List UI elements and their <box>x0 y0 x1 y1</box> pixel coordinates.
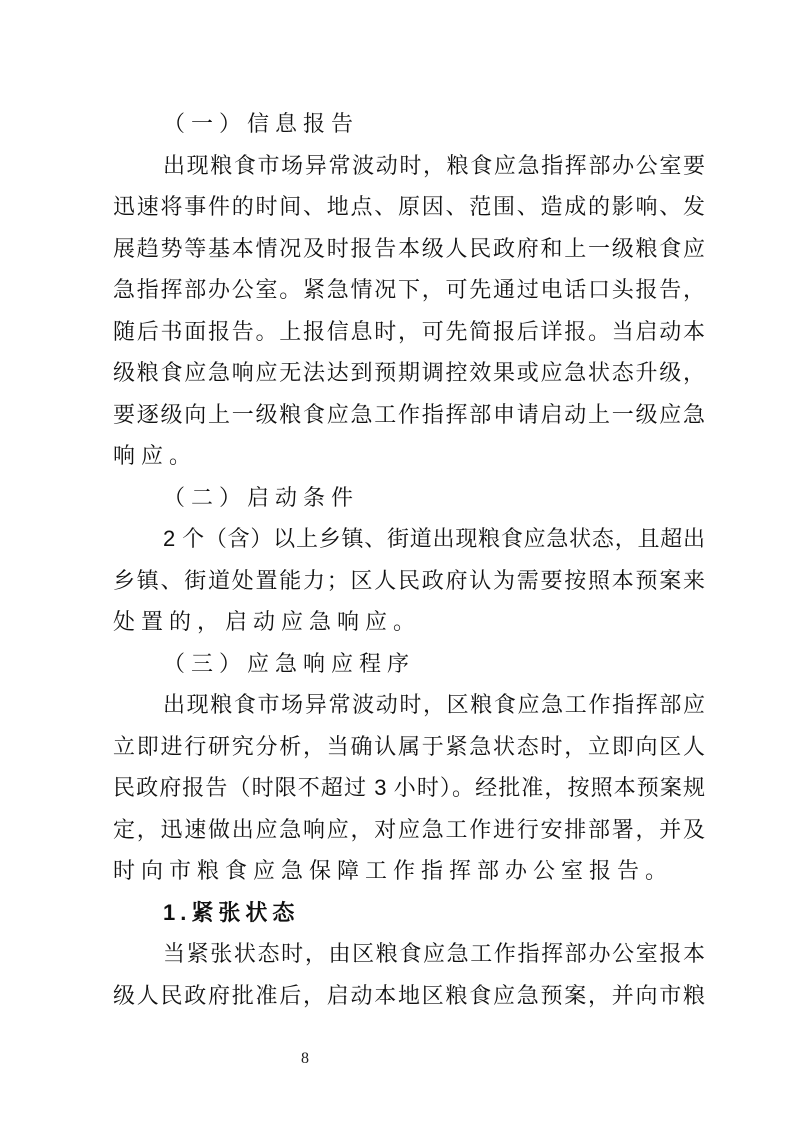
text-line: 级人民政府批准后，启动本地区粮食应急预案，并向市粮 <box>113 975 705 1017</box>
text-line: 立即进行研究分析，当确认属于紧急状态时，立即向区人 <box>113 726 705 768</box>
text-line: 急指挥部办公室。紧急情况下，可先通过电话口头报告， <box>113 269 705 311</box>
text-line: 民政府报告（时限不超过 3 小时）。经批准，按照本预案规 <box>113 767 705 809</box>
page-number: 8 <box>290 1050 320 1068</box>
text-line: 要逐级向上一级粮食应急工作指挥部申请启动上一级应急 <box>113 394 705 436</box>
text-line: 级粮食应急响应无法达到预期调控效果或应急状态升级， <box>113 352 705 394</box>
text-line: 处置的，启动应急响应。 <box>113 601 705 643</box>
text-line: 出现粮食市场异常波动时，粮食应急指挥部办公室要 <box>113 145 705 187</box>
text-line: （一）信息报告 <box>113 103 705 145</box>
document-text-block: （一）信息报告出现粮食市场异常波动时，粮食应急指挥部办公室要迅速将事件的时间、地… <box>113 103 705 1016</box>
text-line: 出现粮食市场异常波动时，区粮食应急工作指挥部应 <box>113 684 705 726</box>
subheading-line: 1.紧张状态 <box>113 892 705 934</box>
document-page: （一）信息报告出现粮食市场异常波动时，粮食应急指挥部办公室要迅速将事件的时间、地… <box>0 0 793 1122</box>
text-line: 当紧张状态时，由区粮食应急工作指挥部办公室报本 <box>113 933 705 975</box>
text-line: 乡镇、街道处置能力；区人民政府认为需要按照本预案来 <box>113 560 705 602</box>
text-line: 时向市粮食应急保障工作指挥部办公室报告。 <box>113 850 705 892</box>
text-line: 2 个（含）以上乡镇、街道出现粮食应急状态，且超出 <box>113 518 705 560</box>
text-line: （二）启动条件 <box>113 477 705 519</box>
text-line: 响应。 <box>113 435 705 477</box>
text-line: 定，迅速做出应急响应，对应急工作进行安排部署，并及 <box>113 809 705 851</box>
text-line: （三）应急响应程序 <box>113 643 705 685</box>
text-line: 展趋势等基本情况及时报告本级人民政府和上一级粮食应 <box>113 228 705 270</box>
text-line: 迅速将事件的时间、地点、原因、范围、造成的影响、发 <box>113 186 705 228</box>
text-line: 随后书面报告。上报信息时，可先简报后详报。当启动本 <box>113 311 705 353</box>
